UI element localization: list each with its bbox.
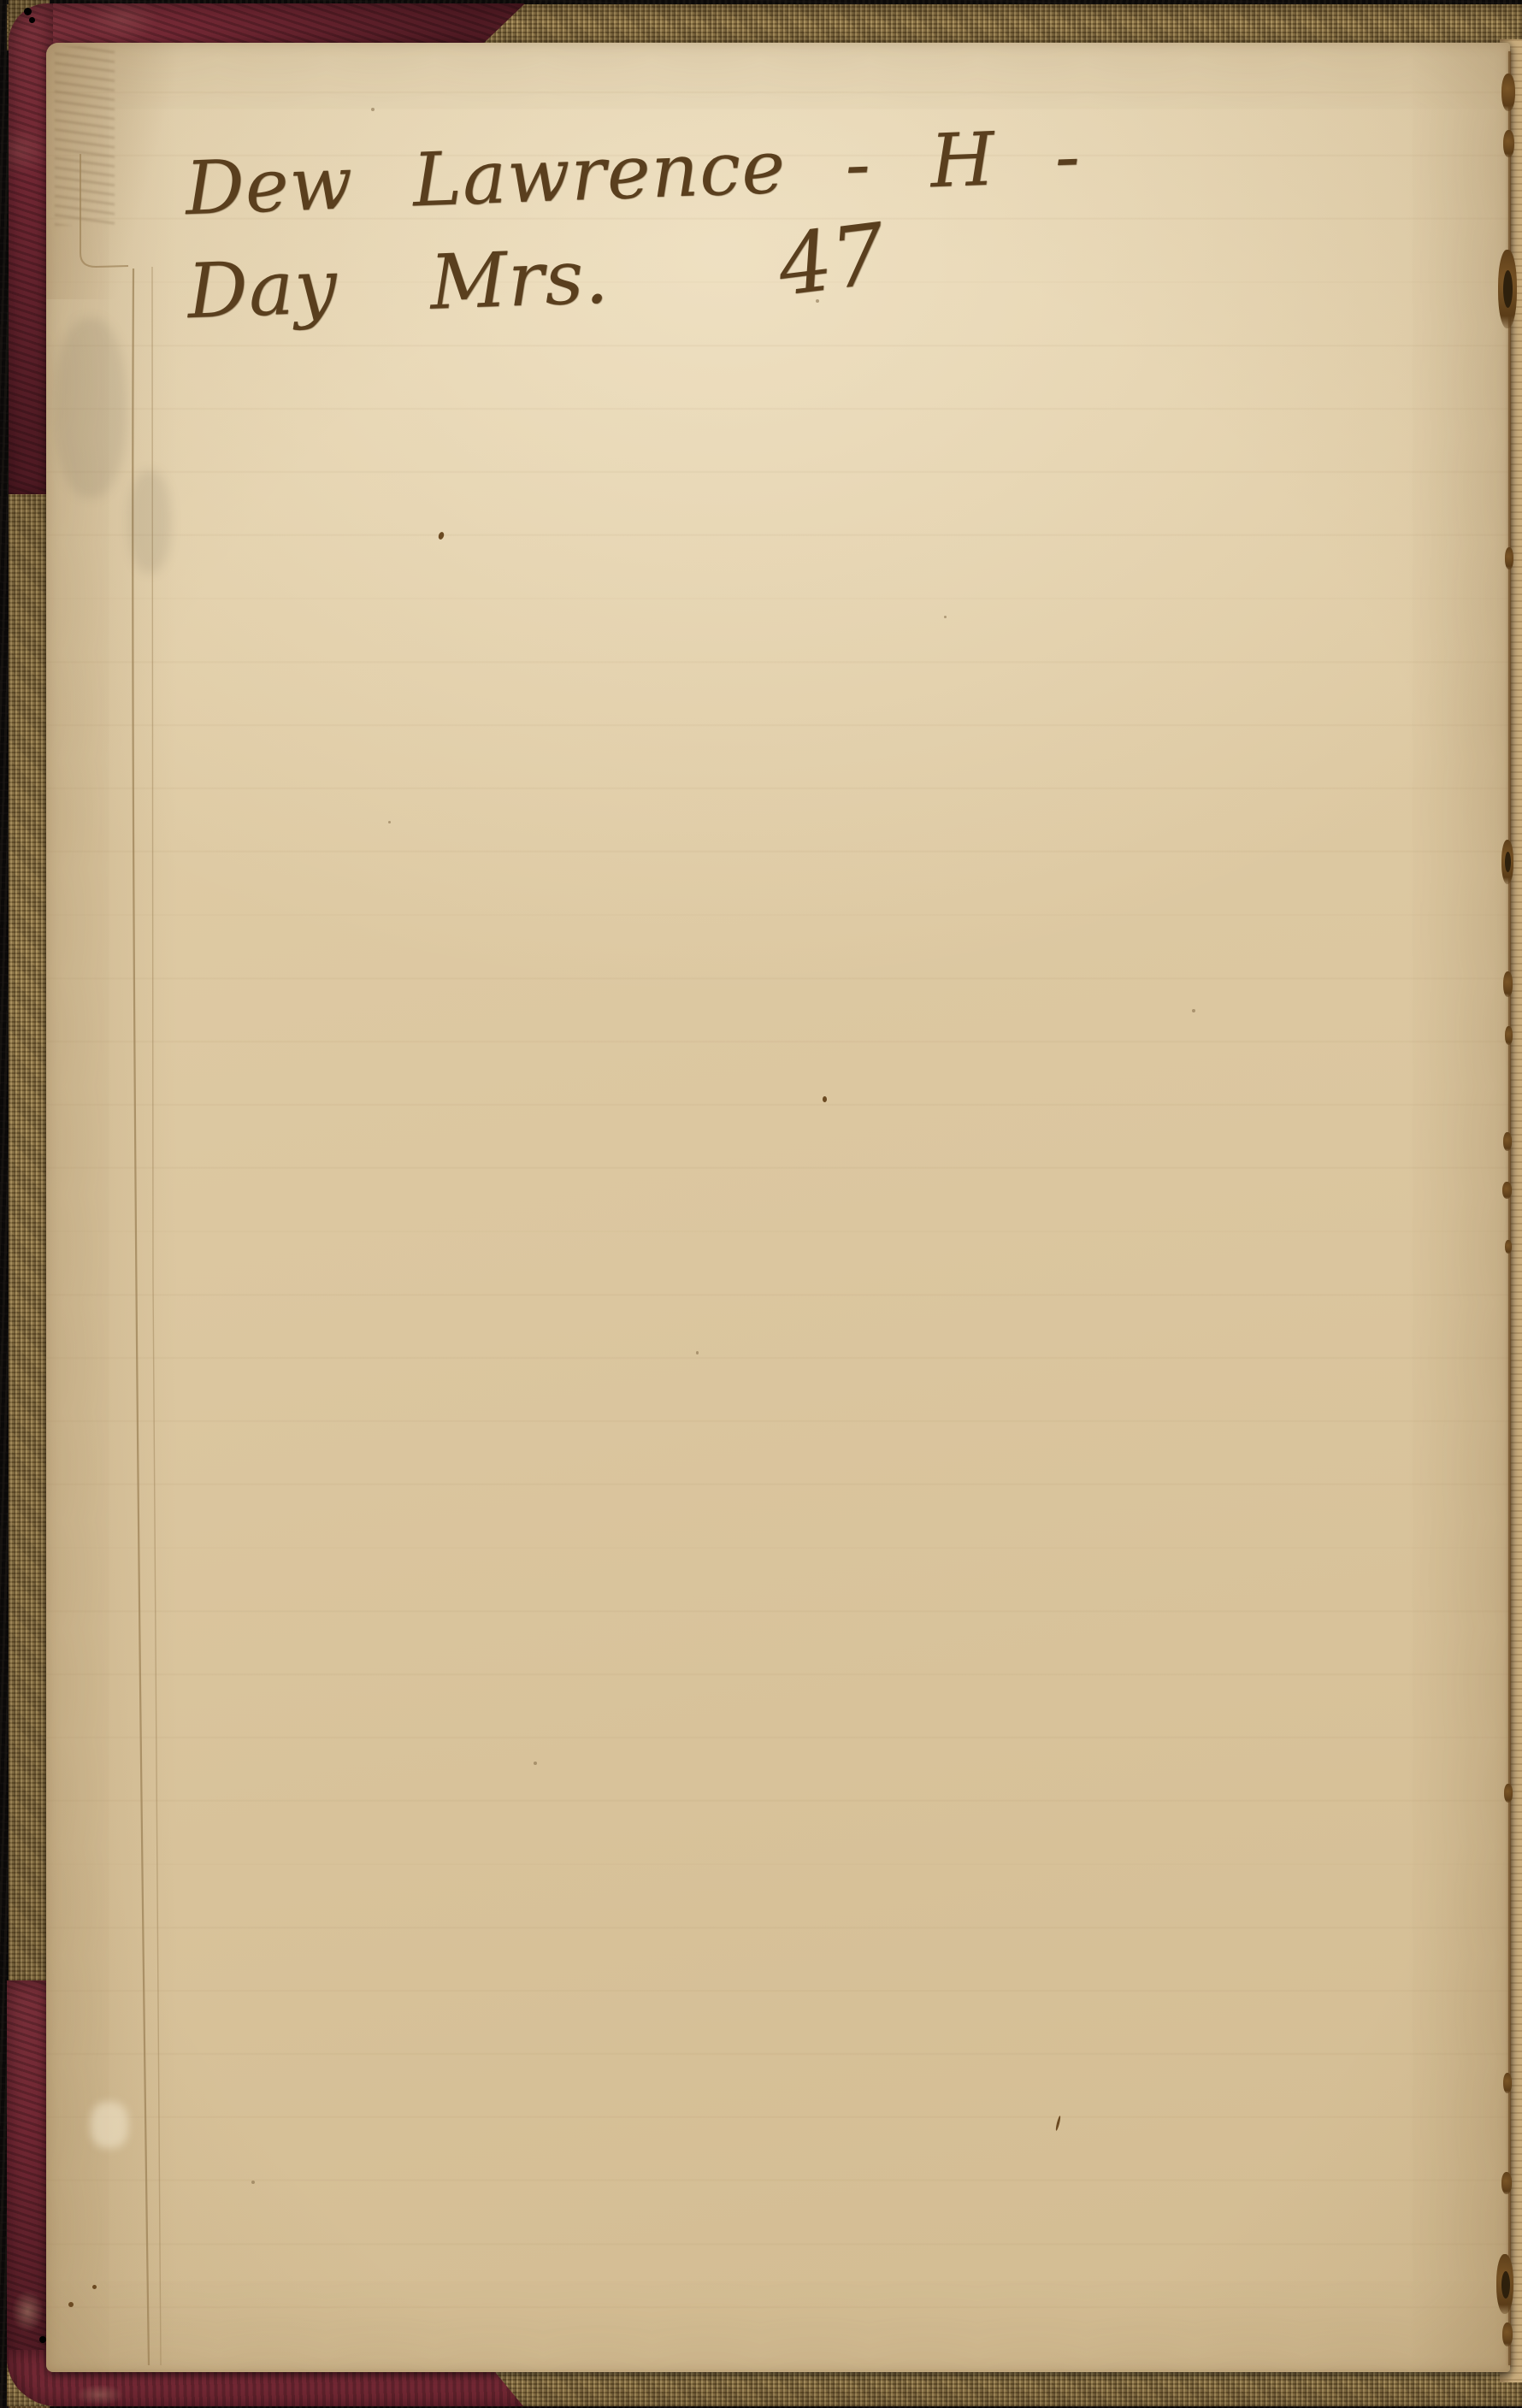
paper-speck bbox=[816, 299, 819, 303]
paper-speck bbox=[388, 821, 391, 823]
scanned-ledger-flyleaf: Dew Lawrence - H - Day Mrs. 47 bbox=[0, 0, 1522, 2408]
paper-speck bbox=[944, 616, 947, 618]
edge-damage-hole bbox=[1505, 852, 1511, 872]
inscription-page-number: 47 bbox=[773, 205, 891, 316]
edge-damage-mark bbox=[1504, 1784, 1513, 1803]
edge-damage-hole bbox=[1503, 270, 1513, 308]
edge-damage-mark bbox=[1503, 130, 1514, 157]
edge-damage-mark bbox=[1501, 74, 1515, 111]
paper-speck bbox=[1192, 1009, 1195, 1012]
gray-smudge bbox=[128, 470, 171, 573]
edge-damage-mark bbox=[1505, 547, 1513, 570]
paper-speck bbox=[251, 2181, 255, 2184]
ink-speck bbox=[92, 2285, 97, 2289]
page-edge-seam bbox=[1508, 51, 1511, 2365]
backing-fleck bbox=[29, 17, 35, 23]
edge-damage-mark bbox=[1505, 1240, 1512, 1254]
backing-fleck bbox=[24, 8, 32, 15]
gray-smudge bbox=[55, 318, 127, 498]
inscription-name-line: Dew Lawrence - H - bbox=[184, 114, 1082, 232]
ledger-paper-page: Dew Lawrence - H - Day Mrs. 47 bbox=[46, 43, 1510, 2372]
paper-speck bbox=[534, 1762, 537, 1765]
ink-speck bbox=[68, 2302, 74, 2307]
edge-damage-hole bbox=[1501, 2271, 1510, 2299]
edge-damage-mark bbox=[1502, 2322, 1513, 2346]
inscription-second-line: Day Mrs. bbox=[186, 232, 611, 335]
edge-damage-mark bbox=[1503, 971, 1513, 997]
paper-speck bbox=[696, 1351, 699, 1354]
handwritten-inscription: Dew Lawrence - H - Day Mrs. 47 bbox=[38, 16, 1519, 582]
edge-damage-mark bbox=[1501, 2172, 1512, 2194]
edge-damage-mark bbox=[1505, 1026, 1513, 1045]
worn-light-patch bbox=[91, 2102, 128, 2148]
backing-fleck bbox=[39, 2336, 46, 2343]
paper-speck bbox=[371, 108, 375, 111]
edge-damage-mark bbox=[1503, 2073, 1512, 2093]
ink-speck bbox=[823, 1096, 827, 1102]
edge-damage-mark bbox=[1503, 1132, 1512, 1151]
edge-damage-mark bbox=[1502, 1182, 1512, 1199]
